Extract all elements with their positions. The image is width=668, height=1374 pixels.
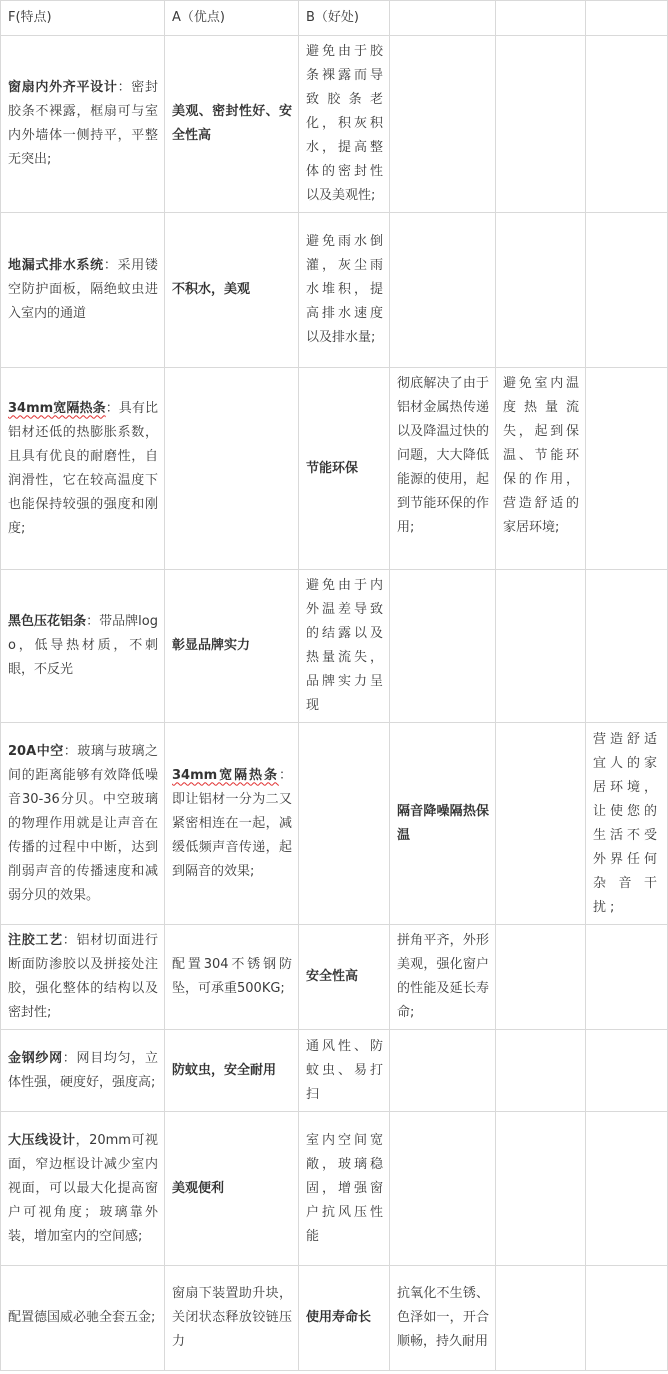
advantage-cell: 窗扇下装置助升块，关闭状态释放铰链压力 [165,1266,299,1371]
advantage-title: 34mm宽隔热条 [172,768,279,783]
benefit-cell: 安全性高 [299,925,390,1030]
col4-cell [390,1112,496,1266]
col5-cell: 避免室内温度热量流失，起到保温、节能环保的作用，营造舒适的家居环境; [496,368,586,570]
col4-cell: 隔音降噪隔热保温 [390,723,496,925]
col4-cell: 彻底解决了由于铝材金属热传递以及降温过快的问题，大大降低能源的使用，起到节能环保… [390,368,496,570]
col5-cell [496,36,586,213]
table-row: 配置德国威必驰全套五金; 窗扇下装置助升块，关闭状态释放铰链压力 使用寿命长 抗… [1,1266,668,1371]
fab-table: F(特点) A（优点) B（好处) 窗扇内外齐平设计：密封胶条不裸露，框扇可与室… [0,0,668,1371]
benefit-cell: 使用寿命长 [299,1266,390,1371]
table-row: 黑色压花铝条：带品牌logo，低导热材质，不刺眼，不反光 彰显品牌实力 避免由于… [1,570,668,723]
feature-title: 大压线设计 [8,1133,76,1148]
benefit-cell: 节能环保 [299,368,390,570]
benefit-cell: 室内空间宽敞，玻璃稳固，增强窗户抗风压性能 [299,1112,390,1266]
col5-cell [496,1266,586,1371]
header-feature: F(特点) [1,1,165,36]
col6-cell [586,36,668,213]
table-header-row: F(特点) A（优点) B（好处) [1,1,668,36]
feature-cell: 注胶工艺：铝材切面进行断面防渗胶以及拼接处注胶，强化整体的结构以及密封性; [1,925,165,1030]
table-row: 20A中空：玻璃与玻璃之间的距离能够有效降低噪音30-36分贝。中空玻璃的物理作… [1,723,668,925]
table-row: 注胶工艺：铝材切面进行断面防渗胶以及拼接处注胶，强化整体的结构以及密封性; 配置… [1,925,668,1030]
advantage-text: ：即让铝材一分为二又紧密相连在一起，减缓低频声音传递，起到隔音的效果; [172,768,292,879]
col6-cell [586,1266,668,1371]
feature-cell: 地漏式排水系统：采用镂空防护面板，隔绝蚊虫进入室内的通道 [1,213,165,368]
benefit-cell [299,723,390,925]
col6-cell [586,368,668,570]
feature-title: 20A中空 [8,744,64,759]
feature-cell: 20A中空：玻璃与玻璃之间的距离能够有效降低噪音30-36分贝。中空玻璃的物理作… [1,723,165,925]
feature-cell: 配置德国威必驰全套五金; [1,1266,165,1371]
advantage-cell: 彰显品牌实力 [165,570,299,723]
advantage-cell: 配置304不锈钢防坠，可承重500KG; [165,925,299,1030]
col5-cell [496,723,586,925]
advantage-cell: 防蚊虫，安全耐用 [165,1030,299,1112]
col4-cell [390,1030,496,1112]
advantage-cell: 不积水，美观 [165,213,299,368]
header-col4 [390,1,496,36]
feature-title: 金钢纱网 [8,1051,63,1066]
col4-cell: 拼角平齐，外形美观，强化窗户的性能及延长寿命; [390,925,496,1030]
col4-cell [390,36,496,213]
table-row: 大压线设计，20mm可视面，窄边框设计减少室内视面，可以最大化提高窗户可视角度；… [1,1112,668,1266]
col4-cell [390,570,496,723]
advantage-cell: 美观、密封性好、安全性高 [165,36,299,213]
feature-text: ，20mm可视面，窄边框设计减少室内视面，可以最大化提高窗户可视角度；玻璃靠外装… [8,1133,158,1244]
table-row: 34mm宽隔热条：具有比铝材还低的热膨胀系数，且具有优良的耐磨性，自润滑性，它在… [1,368,668,570]
feature-cell: 大压线设计，20mm可视面，窄边框设计减少室内视面，可以最大化提高窗户可视角度；… [1,1112,165,1266]
feature-cell: 窗扇内外齐平设计：密封胶条不裸露，框扇可与室内外墙体一侧持平，平整无突出; [1,36,165,213]
feature-cell: 34mm宽隔热条：具有比铝材还低的热膨胀系数，且具有优良的耐磨性，自润滑性，它在… [1,368,165,570]
feature-title: 地漏式排水系统 [8,258,104,273]
advantage-cell [165,368,299,570]
advantage-cell: 美观便利 [165,1112,299,1266]
col5-cell [496,213,586,368]
col6-cell [586,1030,668,1112]
col6-cell [586,213,668,368]
col5-cell [496,1030,586,1112]
header-col5 [496,1,586,36]
col4-cell: 抗氧化不生锈、色泽如一，开合顺畅，持久耐用 [390,1266,496,1371]
col6-cell: 营造舒适宜人的家居环境，让使您的生活不受外界任何杂音干扰; [586,723,668,925]
col6-cell [586,1112,668,1266]
feature-cell: 金钢纱网：网目均匀，立体性强，硬度好，强度高; [1,1030,165,1112]
feature-text: ：玻璃与玻璃之间的距离能够有效降低噪音30-36分贝。中空玻璃的物理作用就是让声… [8,744,158,903]
col6-cell [586,570,668,723]
feature-title: 34mm宽隔热条 [8,401,106,416]
benefit-cell: 通风性、防蚊虫、易打扫 [299,1030,390,1112]
feature-text: 配置德国威必驰全套五金; [8,1310,155,1325]
benefit-cell: 避免雨水倒灌，灰尘雨水堆积，提高排水速度以及排水量; [299,213,390,368]
table-row: 地漏式排水系统：采用镂空防护面板，隔绝蚊虫进入室内的通道 不积水，美观 避免雨水… [1,213,668,368]
header-col6 [586,1,668,36]
table-row: 金钢纱网：网目均匀，立体性强，硬度好，强度高; 防蚊虫，安全耐用 通风性、防蚊虫… [1,1030,668,1112]
feature-title: 黑色压花铝条 [8,614,86,629]
col6-cell [586,925,668,1030]
header-benefit: B（好处) [299,1,390,36]
benefit-cell: 避免由于内外温差导致的结露以及热量流失，品牌实力呈现 [299,570,390,723]
col4-cell [390,213,496,368]
feature-title: 注胶工艺 [8,933,63,948]
advantage-cell: 34mm宽隔热条：即让铝材一分为二又紧密相连在一起，减缓低频声音传递，起到隔音的… [165,723,299,925]
feature-text: ：具有比铝材还低的热膨胀系数，且具有优良的耐磨性，自润滑性，它在较高温度下也能保… [8,401,158,536]
table-row: 窗扇内外齐平设计：密封胶条不裸露，框扇可与室内外墙体一侧持平，平整无突出; 美观… [1,36,668,213]
feature-cell: 黑色压花铝条：带品牌logo，低导热材质，不刺眼，不反光 [1,570,165,723]
col5-cell [496,1112,586,1266]
benefit-cell: 避免由于胶条裸露而导致胶条老化，积灰积水，提高整体的密封性以及美观性; [299,36,390,213]
header-advantage: A（优点) [165,1,299,36]
feature-title: 窗扇内外齐平设计 [8,80,118,95]
col5-cell [496,925,586,1030]
col5-cell [496,570,586,723]
